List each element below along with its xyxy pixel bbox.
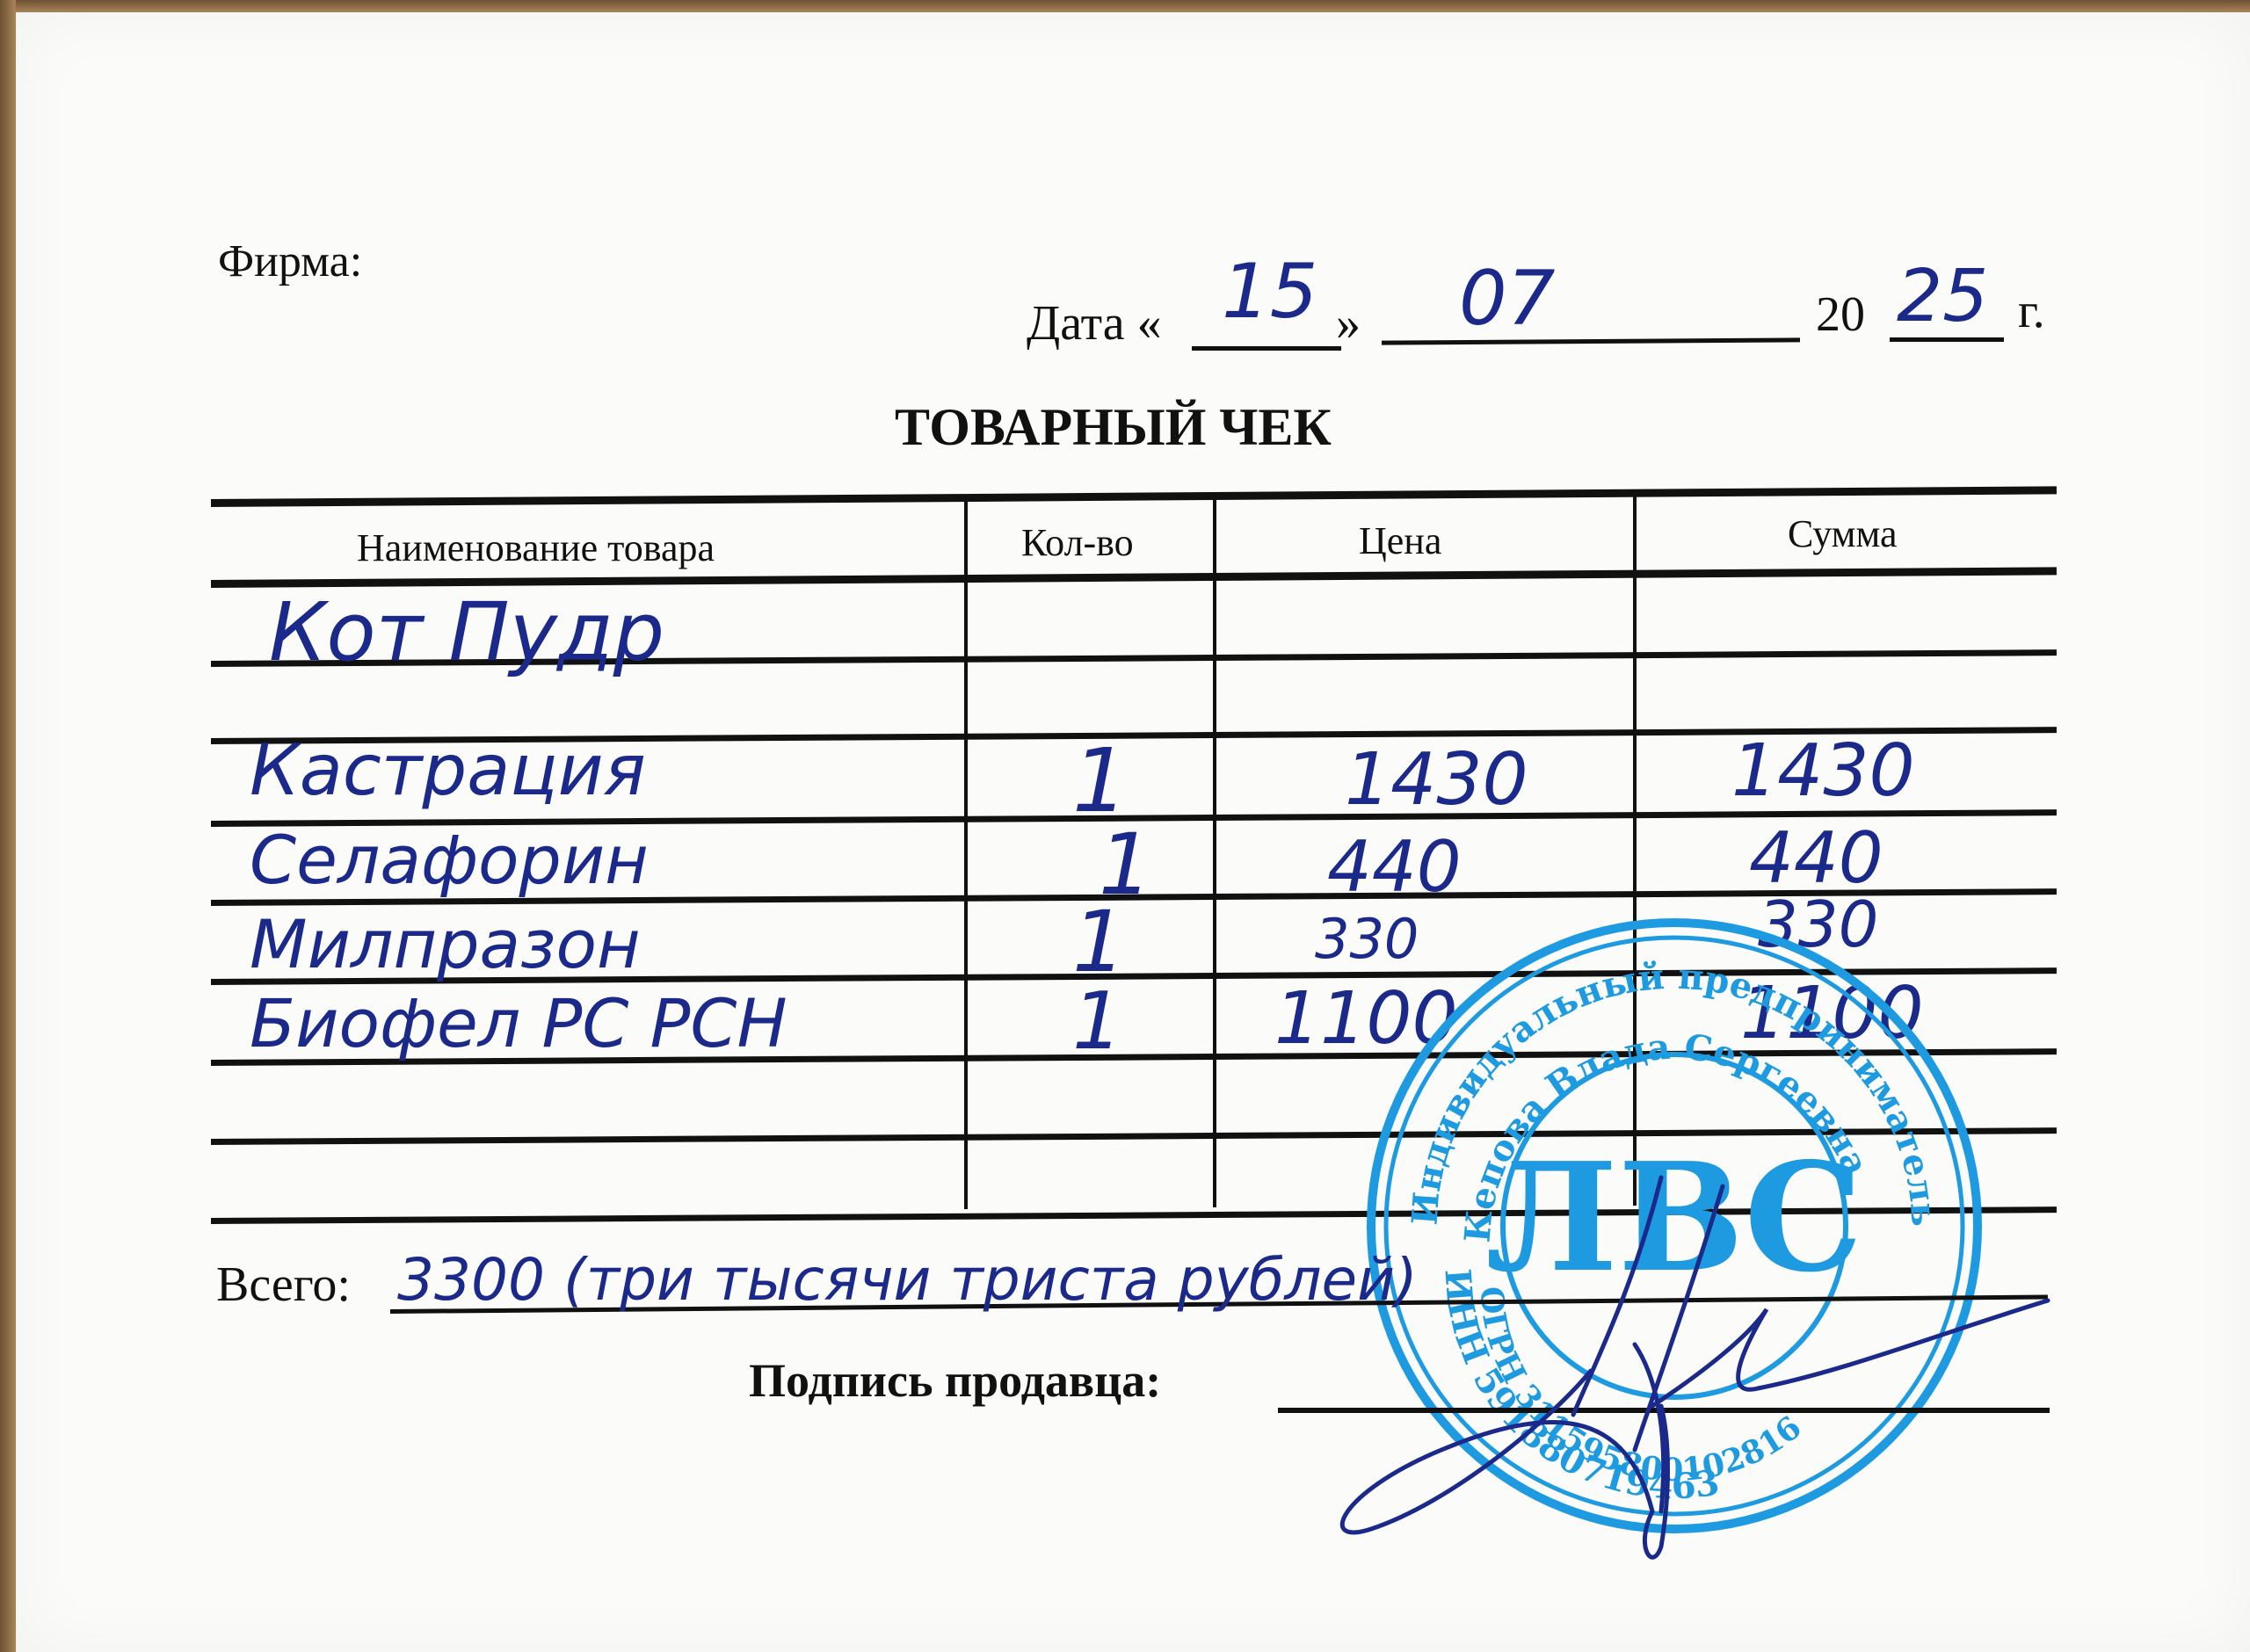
item-name[interactable]: Милпразон: [250, 905, 641, 983]
year-prefix: 20: [1816, 286, 1865, 343]
item-name[interactable]: Кастрация: [250, 729, 646, 811]
stamp-ogrn: ОГРН 311595800102816: [1472, 1286, 1808, 1489]
date-close-quote: »: [1336, 295, 1361, 351]
date-label: Дата «: [1027, 295, 1162, 351]
total-value[interactable]: 3300 (три тысячи триста рублей): [397, 1246, 1418, 1314]
company-stamp: Индивидуальный предприниматель Кепова Вл…: [1349, 901, 2000, 1551]
date-day-underline: [1192, 346, 1341, 351]
table-col-divider: [1213, 497, 1216, 1207]
background-surface-top: [0, 0, 2250, 12]
item-name[interactable]: Биофел PC PCH: [250, 984, 787, 1062]
firm-label: Фирма:: [218, 235, 362, 287]
item-price[interactable]: 440: [1327, 826, 1462, 908]
item-qty[interactable]: 1: [1072, 975, 1122, 1068]
table-col-divider: [964, 501, 968, 1209]
svg-text:ОГРН 311595800102816: ОГРН 311595800102816: [1472, 1286, 1808, 1489]
stamp-logo: ЛВС: [1485, 1130, 1862, 1306]
year-unit: г.: [2018, 283, 2045, 339]
item-sum[interactable]: 1430: [1731, 729, 1915, 813]
total-label: Всего:: [216, 1257, 351, 1313]
date-day[interactable]: 15: [1222, 248, 1317, 336]
signature-underline: [1278, 1408, 2050, 1413]
column-header-name: Наименование товара: [357, 525, 715, 570]
receipt-title: ТОВАРНЫЙ ЧЕК: [895, 397, 1332, 458]
item-name[interactable]: Кот Пудр: [269, 585, 664, 679]
date-year[interactable]: 25: [1897, 255, 1988, 338]
column-header-price: Цена: [1359, 518, 1441, 563]
date-month[interactable]: 07: [1459, 255, 1555, 343]
column-header-sum: Сумма: [1788, 511, 1898, 556]
item-price[interactable]: 1430: [1345, 738, 1528, 822]
background-surface-left: [0, 0, 16, 1652]
column-header-qty: Кол-во: [1021, 520, 1134, 565]
item-name[interactable]: Селафорин: [250, 821, 649, 899]
signature-label: Подпись продавца:: [749, 1353, 1161, 1408]
